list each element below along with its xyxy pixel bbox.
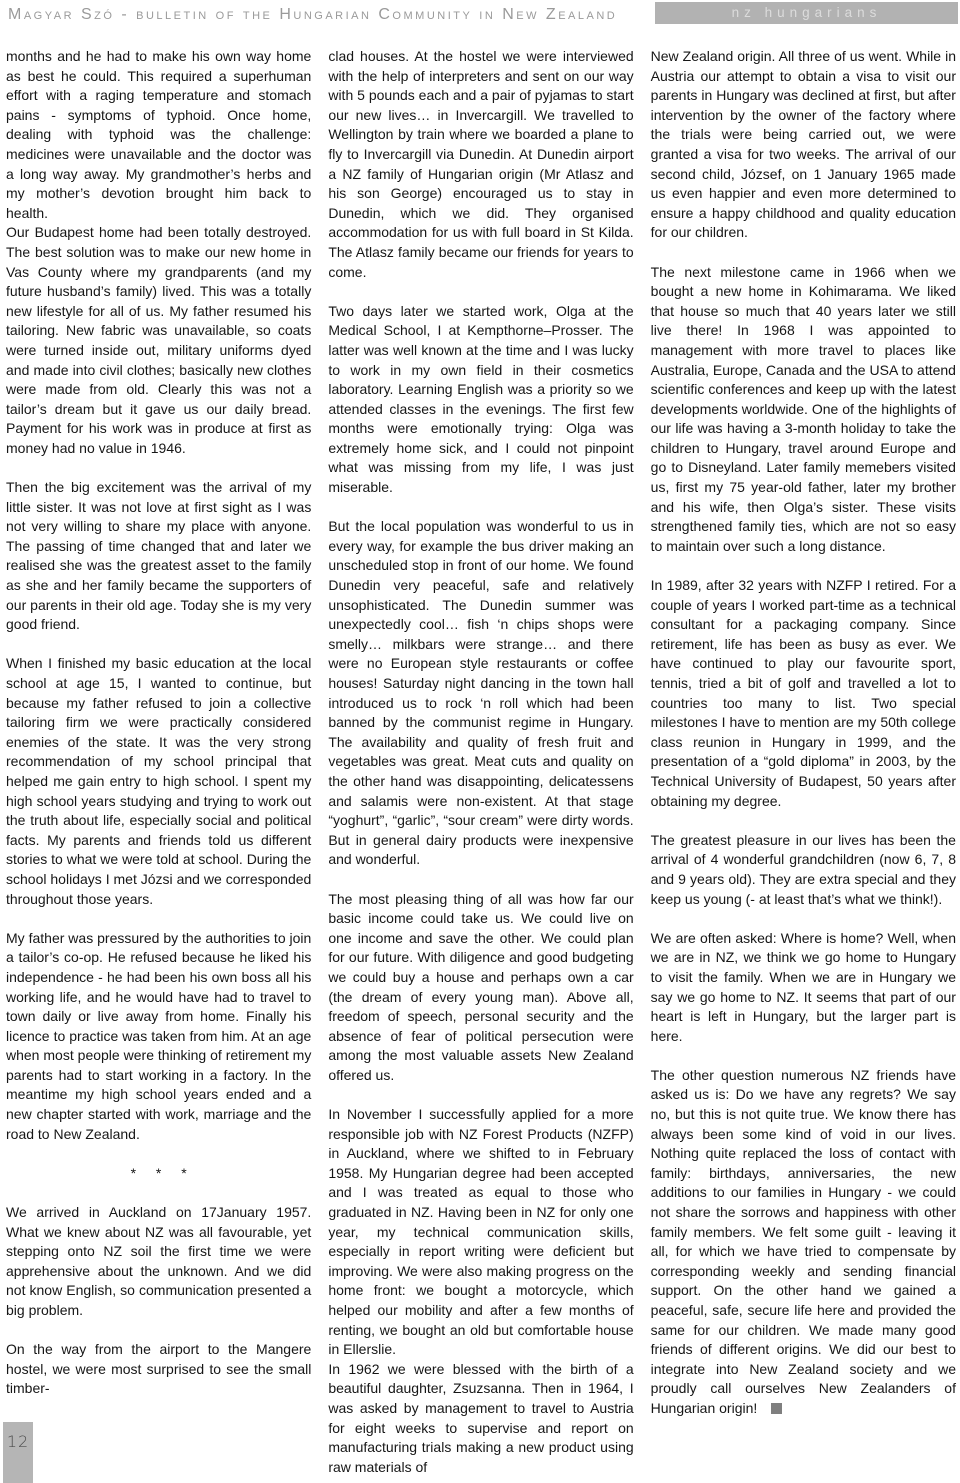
bulletin-page: Magyar Szó - bulletin of the Hungarian C… bbox=[0, 0, 960, 1483]
paragraph: When I finished my basic education at th… bbox=[6, 654, 311, 909]
paragraph: We are often asked: Where is home? Well,… bbox=[651, 929, 956, 1047]
paragraph: months and he had to make his own way ho… bbox=[6, 47, 311, 223]
article-column-3: New Zealand origin. All three of us went… bbox=[651, 47, 956, 1477]
masthead-title: Magyar Szó - bulletin of the Hungarian C… bbox=[8, 6, 617, 24]
paragraph: The other question numerous NZ friends h… bbox=[651, 1066, 956, 1419]
paragraph: The greatest pleasure in our lives has b… bbox=[651, 831, 956, 909]
paragraph: In November I successfully applied for a… bbox=[328, 1105, 633, 1360]
article-column-1: months and he had to make his own way ho… bbox=[6, 47, 311, 1477]
article-columns: months and he had to make his own way ho… bbox=[6, 47, 956, 1477]
article-column-2: clad houses. At the hostel we were inter… bbox=[328, 47, 633, 1477]
paragraph: In 1962 we were blessed with the birth o… bbox=[328, 1360, 633, 1478]
paragraph: clad houses. At the hostel we were inter… bbox=[328, 47, 633, 282]
paragraph: Then the big excitement was the arrival … bbox=[6, 478, 311, 635]
section-divider: * * * bbox=[6, 1164, 311, 1184]
paragraph: The next milestone came in 1966 when we … bbox=[651, 263, 956, 557]
paragraph: New Zealand origin. All three of us went… bbox=[651, 47, 956, 243]
section-badge: nz hungarians bbox=[655, 2, 958, 24]
paragraph: We arrived in Auckland on 17January 1957… bbox=[6, 1203, 311, 1321]
paragraph: But the local population was wonderful t… bbox=[328, 517, 633, 870]
end-of-article-mark bbox=[771, 1403, 782, 1414]
paragraph: In 1989, after 32 years with NZFP I reti… bbox=[651, 576, 956, 811]
paragraph: Two days later we started work, Olga at … bbox=[328, 302, 633, 498]
paragraph: On the way from the airport to the Mange… bbox=[6, 1340, 311, 1399]
paragraph: The most pleasing thing of all was how f… bbox=[328, 890, 633, 1086]
paragraph: Our Budapest home had been totally destr… bbox=[6, 223, 311, 458]
paragraph: My father was pressured by the authoriti… bbox=[6, 929, 311, 1145]
page-number-box: 12 bbox=[3, 1422, 33, 1483]
page-number: 12 bbox=[3, 1432, 33, 1451]
